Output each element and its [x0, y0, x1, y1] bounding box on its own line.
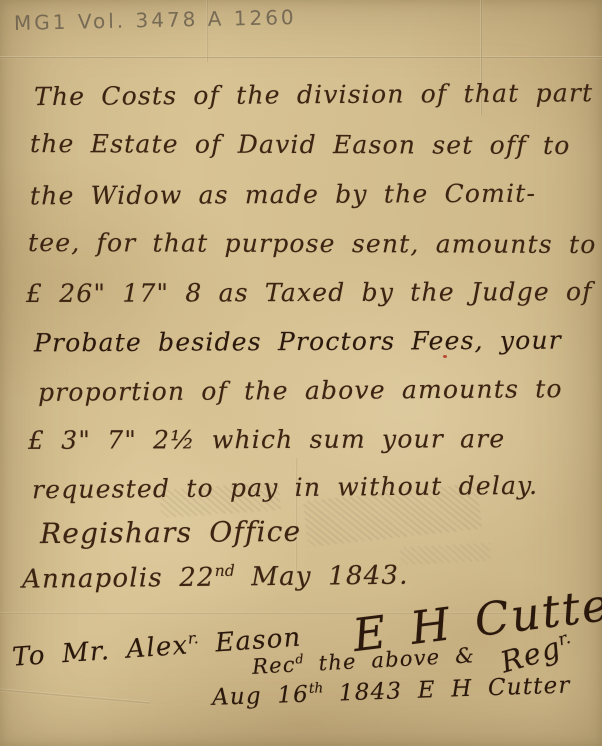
received-post: the above & [303, 643, 475, 676]
handwritten-line: The Costs of the division of that part o… [34, 78, 602, 111]
dateline-pre: Annapolis 22 [22, 563, 215, 595]
red-ink-fleck [443, 355, 447, 358]
dateline: Annapolis 22nd May 1843. [22, 560, 409, 595]
received-pre: Rec [252, 653, 297, 679]
fold-crease [0, 688, 150, 704]
addressee-pre: To Mr. Alex [11, 630, 189, 672]
dateline-post: May 1843. [235, 561, 409, 593]
paper-shadow: MG1 Vol. 3478 A 1260 The Costs of the di… [0, 0, 602, 746]
handwritten-line: the Estate of David Eason set off to [30, 129, 571, 160]
receipt-sup: th [309, 680, 324, 696]
archive-note: MG1 Vol. 3478 A 1260 [14, 5, 297, 35]
receipt-pre: Aug 16 [212, 682, 310, 711]
handwritten-line: requested to pay in without delay. [32, 471, 539, 504]
office-line: Regishars Office [40, 515, 302, 550]
handwritten-line: tee, for that purpose sent, amounts to [28, 228, 597, 259]
handwritten-line: Probate besides Proctors Fees, your [34, 326, 562, 358]
scan-background: MG1 Vol. 3478 A 1260 The Costs of the di… [0, 0, 602, 746]
fold-crease [0, 56, 602, 59]
receipt-post: 1843 E H Cutter [323, 672, 571, 707]
dateline-sup: nd [215, 562, 235, 580]
ink-smudge [400, 543, 491, 566]
handwritten-line: proportion of the above amounts to [38, 374, 563, 407]
handwritten-line: the Widow as made by the Comit- [30, 179, 536, 211]
handwritten-line: £ 3" 7" 2½ which sum your are [28, 424, 506, 455]
handwritten-line: £ 26" 17" 8 as Taxed by the Judge of [26, 277, 593, 308]
letter-paper: MG1 Vol. 3478 A 1260 The Costs of the di… [0, 0, 602, 746]
